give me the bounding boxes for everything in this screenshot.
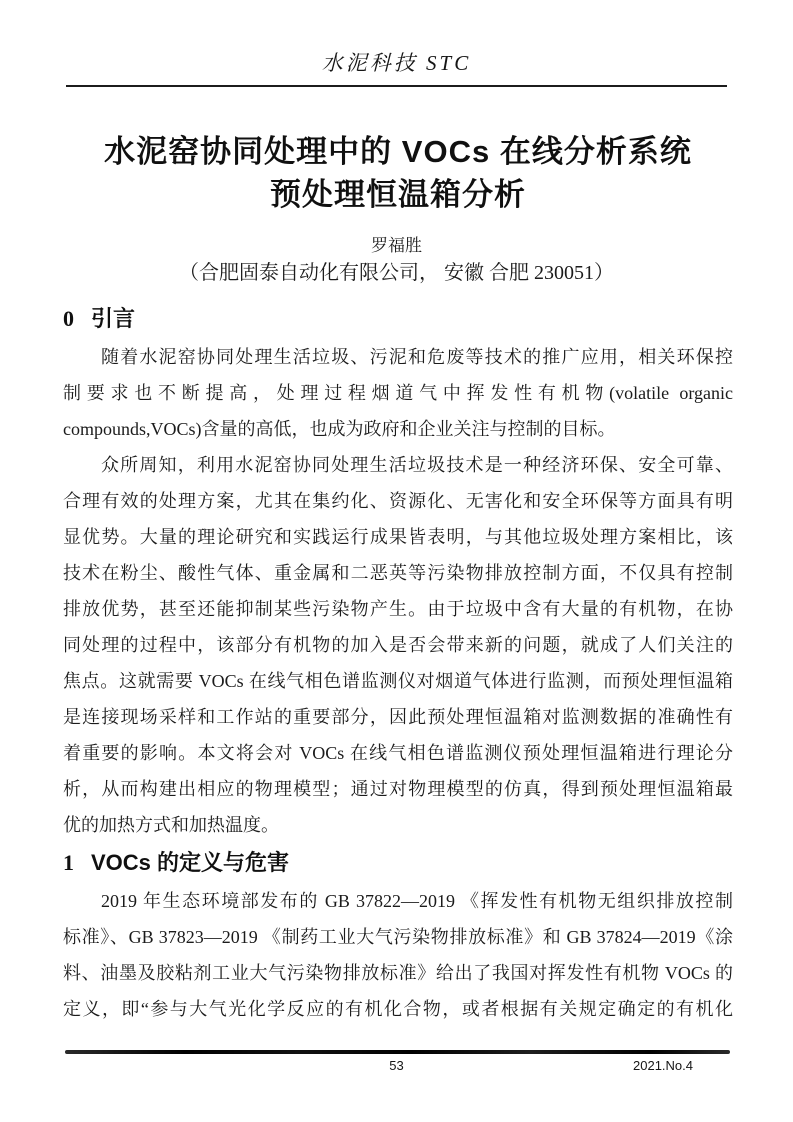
body-line: 合理有效的处理方案，尤其在集约化、资源化、无害化和安全环保等方面具有明 — [63, 483, 733, 519]
paragraph: 众所周知，利用水泥窑协同处理生活垃圾技术是一种经济环保、安全可靠、合理有效的处理… — [63, 447, 733, 843]
paragraph: 2019 年生态环境部发布的 GB 37822—2019 《挥发性有机物无组织排… — [63, 883, 733, 1027]
article-title-line-2: 预处理恒温箱分析 — [270, 177, 526, 212]
section-number: 0 — [63, 306, 74, 331]
issue-number: 2021.No.4 — [633, 1058, 693, 1073]
article-title-line-1: 水泥窑协同处理中的 VOCs 在线分析系统 — [104, 134, 692, 169]
section-heading: 0引言 — [63, 299, 733, 339]
header-rule — [66, 85, 727, 87]
paragraph: 随着水泥窑协同处理生活垃圾、污泥和危废等技术的推广应用，相关环保控制要求也不断提… — [63, 339, 733, 447]
body-line: 随着水泥窑协同处理生活垃圾、污泥和危废等技术的推广应用，相关环保控 — [63, 339, 733, 375]
section-number: 1 — [63, 850, 74, 875]
body-line: 众所周知，利用水泥窑协同处理生活垃圾技术是一种经济环保、安全可靠、 — [63, 447, 733, 483]
author-name: 罗福胜 — [0, 231, 793, 256]
section-title: 引言 — [91, 306, 135, 331]
body-line: 焦点。这就需要 VOCs 在线气相色谱监测仪对烟道气体进行监测，而预处理恒温箱 — [63, 663, 733, 699]
article-body: 0引言随着水泥窑协同处理生活垃圾、污泥和危废等技术的推广应用，相关环保控制要求也… — [63, 299, 733, 1027]
body-line: 定义，即“参与大气光化学反应的有机化合物，或者根据有关规定确定的有机化 — [63, 991, 733, 1027]
body-line: 着重要的影响。本文将会对 VOCs 在线气相色谱监测仪预处理恒温箱进行理论分 — [63, 735, 733, 771]
body-line: 制要求也不断提高，处理过程烟道气中挥发性有机物(volatile organic — [63, 375, 733, 411]
document-page: 水泥科技 STC 水泥窑协同处理中的 VOCs 在线分析系统 预处理恒温箱分析 … — [0, 0, 793, 1122]
footer-rule — [65, 1050, 730, 1054]
body-line: 技术在粉尘、酸性气体、重金属和二恶英等污染物排放控制方面，不仅具有控制 — [63, 555, 733, 591]
section-title: VOCs 的定义与危害 — [91, 850, 289, 875]
body-line: 同处理的过程中，该部分有机物的加入是否会带来新的问题，就成了人们关注的 — [63, 627, 733, 663]
body-line: 优的加热方式和加热温度。 — [63, 807, 733, 843]
section-heading: 1VOCs 的定义与危害 — [63, 843, 733, 883]
body-line: compounds,VOCs)含量的高低，也成为政府和企业关注与控制的目标。 — [63, 411, 733, 447]
journal-title: 水泥科技 STC — [0, 47, 793, 77]
affiliation: （合肥固泰自动化有限公司， 安徽 合肥 230051） — [0, 256, 793, 285]
body-line: 2019 年生态环境部发布的 GB 37822—2019 《挥发性有机物无组织排… — [63, 883, 733, 919]
body-line: 是连接现场采样和工作站的重要部分，因此预处理恒温箱对监测数据的准确性有 — [63, 699, 733, 735]
body-line: 显优势。大量的理论研究和实践运行成果皆表明，与其他垃圾处理方案相比，该 — [63, 519, 733, 555]
body-line: 料、油墨及胶粘剂工业大气污染物排放标准》给出了我国对挥发性有机物 VOCs 的 — [63, 955, 733, 991]
body-line: 标准》、GB 37823—2019 《制药工业大气污染物排放标准》和 GB 37… — [63, 919, 733, 955]
article-title: 水泥窑协同处理中的 VOCs 在线分析系统 预处理恒温箱分析 — [63, 130, 733, 216]
body-line: 析，从而构建出相应的物理模型；通过对物理模型的仿真，得到预处理恒温箱最 — [63, 771, 733, 807]
body-line: 排放优势，甚至还能抑制某些污染物产生。由于垃圾中含有大量的有机物，在协 — [63, 591, 733, 627]
